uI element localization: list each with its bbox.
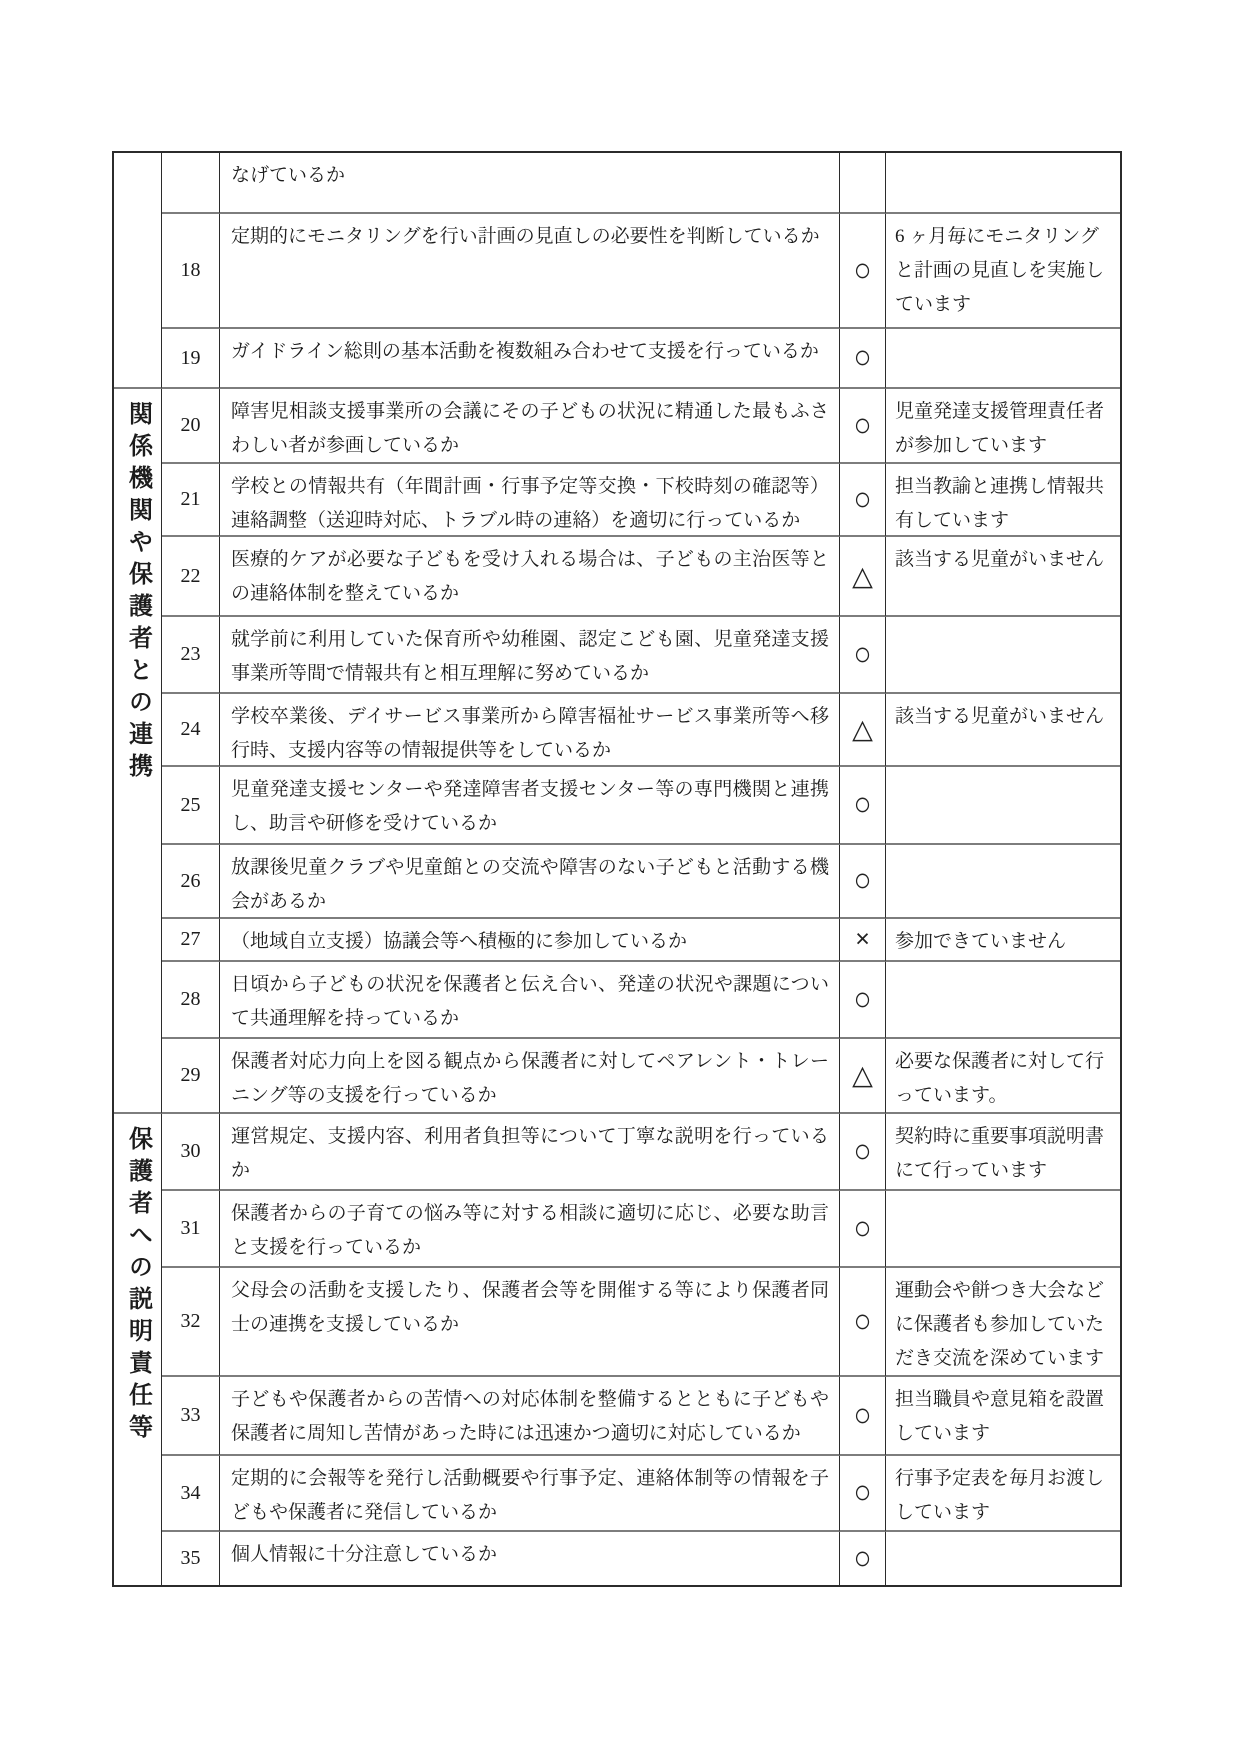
evaluation-mark: ○ [853, 1542, 871, 1576]
evaluation-mark-cell: △ [840, 537, 886, 617]
question-cell: 定期的にモニタリングを行い計画の見直しの必要性を判断しているか [220, 214, 840, 329]
question-cell: 放課後児童クラブや児童館との交流や障害のない子どもと活動する機会があるか [220, 845, 840, 919]
row-number: 24 [162, 694, 220, 767]
question-cell: （地域自立支援）協議会等へ積極的に参加しているか [220, 919, 840, 962]
evaluation-mark: × [855, 927, 870, 952]
comment-cell [886, 617, 1120, 694]
row-number: 29 [162, 1039, 220, 1114]
question-cell: ガイドライン総則の基本活動を複数組み合わせて支援を行っているか [220, 329, 840, 389]
evaluation-mark: ○ [853, 983, 871, 1017]
evaluation-mark-cell: ○ [840, 1114, 886, 1191]
row-number: 23 [162, 617, 220, 694]
category-label: 関係機関や保護者との連携 [126, 401, 150, 785]
comment-cell [886, 153, 1120, 214]
evaluation-mark: ○ [853, 1212, 871, 1246]
row-number: 22 [162, 537, 220, 617]
row-number: 18 [162, 214, 220, 329]
document-page: 関係機関や保護者との連携保護者への説明責任等なげているか18定期的にモニタリング… [0, 0, 1241, 1754]
question-cell: 医療的ケアが必要な子どもを受け入れる場合は、子どもの主治医等との連絡体制を整えて… [220, 537, 840, 617]
evaluation-mark-cell: ○ [840, 962, 886, 1039]
category-cell-0 [114, 153, 162, 389]
comment-cell [886, 1532, 1120, 1585]
row-number: 26 [162, 845, 220, 919]
evaluation-mark: △ [852, 563, 873, 590]
evaluation-mark: ○ [853, 1399, 871, 1433]
evaluation-mark-cell: ○ [840, 1191, 886, 1268]
category-label: 保護者への説明責任等 [126, 1126, 150, 1446]
row-number: 35 [162, 1532, 220, 1585]
evaluation-mark: △ [852, 716, 873, 743]
evaluation-mark-cell: ○ [840, 1456, 886, 1532]
evaluation-mark: △ [852, 1062, 873, 1089]
comment-cell [886, 845, 1120, 919]
comment-cell: 該当する児童がいません [886, 694, 1120, 767]
row-number: 19 [162, 329, 220, 389]
comment-cell: 必要な保護者に対して行っています。 [886, 1039, 1120, 1114]
evaluation-mark-cell: ○ [840, 1377, 886, 1456]
evaluation-mark: ○ [853, 864, 871, 898]
evaluation-mark: ○ [853, 1305, 871, 1339]
row-number: 25 [162, 767, 220, 845]
row-number [162, 153, 220, 214]
evaluation-mark: ○ [853, 1135, 871, 1169]
question-cell: 学校との情報共有（年間計画・行事予定等交換・下校時刻の確認等）連絡調整（送迎時対… [220, 464, 840, 537]
question-cell: 学校卒業後、デイサービス事業所から障害福祉サービス事業所等へ移行時、支援内容等の… [220, 694, 840, 767]
question-cell: 就学前に利用していた保育所や幼稚園、認定こども園、児童発達支援事業所等間で情報共… [220, 617, 840, 694]
comment-cell [886, 329, 1120, 389]
evaluation-mark-cell: ○ [840, 1268, 886, 1377]
row-number: 33 [162, 1377, 220, 1456]
comment-cell [886, 962, 1120, 1039]
evaluation-mark-cell: △ [840, 1039, 886, 1114]
row-number: 32 [162, 1268, 220, 1377]
comment-cell [886, 1191, 1120, 1268]
comment-cell: 担当教諭と連携し情報共有しています [886, 464, 1120, 537]
evaluation-mark-cell [840, 153, 886, 214]
question-cell: 保護者からの子育ての悩み等に対する相談に適切に応じ、必要な助言と支援を行っている… [220, 1191, 840, 1268]
evaluation-mark: ○ [853, 409, 871, 443]
comment-cell: 行事予定表を毎月お渡ししています [886, 1456, 1120, 1532]
category-cell-2: 保護者への説明責任等 [114, 1114, 162, 1585]
evaluation-mark-cell: △ [840, 694, 886, 767]
row-number: 20 [162, 389, 220, 464]
evaluation-mark-cell: ○ [840, 767, 886, 845]
evaluation-mark: ○ [853, 788, 871, 822]
evaluation-mark: ○ [853, 483, 871, 517]
question-cell: 父母会の活動を支援したり、保護者会等を開催する等により保護者同士の連携を支援して… [220, 1268, 840, 1377]
question-cell: 障害児相談支援事業所の会議にその子どもの状況に精通した最もふさわしい者が参画して… [220, 389, 840, 464]
evaluation-mark: ○ [853, 1476, 871, 1510]
row-number: 31 [162, 1191, 220, 1268]
question-cell: 児童発達支援センターや発達障害者支援センター等の専門機関と連携し、助言や研修を受… [220, 767, 840, 845]
row-number: 21 [162, 464, 220, 537]
comment-cell [886, 767, 1120, 845]
evaluation-mark-cell: ○ [840, 1532, 886, 1585]
comment-cell: 担当職員や意見箱を設置しています [886, 1377, 1120, 1456]
comment-cell: 運動会や餅つき大会などに保護者も参加していただき交流を深めています [886, 1268, 1120, 1377]
question-cell: 保護者対応力向上を図る観点から保護者に対してペアレント・トレーニング等の支援を行… [220, 1039, 840, 1114]
comment-cell: 契約時に重要事項説明書にて行っています [886, 1114, 1120, 1191]
evaluation-mark-cell: ○ [840, 617, 886, 694]
evaluation-mark: ○ [853, 254, 871, 288]
evaluation-mark-cell: ○ [840, 214, 886, 329]
row-number: 28 [162, 962, 220, 1039]
evaluation-mark-cell: ○ [840, 845, 886, 919]
self-evaluation-table: 関係機関や保護者との連携保護者への説明責任等なげているか18定期的にモニタリング… [112, 151, 1122, 1587]
question-cell: 子どもや保護者からの苦情への対応体制を整備するとともに子どもや保護者に周知し苦情… [220, 1377, 840, 1456]
evaluation-mark-cell: × [840, 919, 886, 962]
comment-cell: 参加できていません [886, 919, 1120, 962]
row-number: 27 [162, 919, 220, 962]
evaluation-mark-cell: ○ [840, 329, 886, 389]
question-cell: 個人情報に十分注意しているか [220, 1532, 840, 1585]
evaluation-mark-cell: ○ [840, 389, 886, 464]
comment-cell: 該当する児童がいません [886, 537, 1120, 617]
question-cell: 運営規定、支援内容、利用者負担等について丁寧な説明を行っているか [220, 1114, 840, 1191]
comment-cell: 児童発達支援管理責任者が参加しています [886, 389, 1120, 464]
question-cell: 定期的に会報等を発行し活動概要や行事予定、連絡体制等の情報を子どもや保護者に発信… [220, 1456, 840, 1532]
question-cell: 日頃から子どもの状況を保護者と伝え合い、発達の状況や課題について共通理解を持って… [220, 962, 840, 1039]
row-number: 34 [162, 1456, 220, 1532]
comment-cell: 6 ヶ月毎にモニタリングと計画の見直しを実施しています [886, 214, 1120, 329]
evaluation-mark: ○ [853, 638, 871, 672]
row-number: 30 [162, 1114, 220, 1191]
question-cell: なげているか [220, 153, 840, 214]
category-cell-1: 関係機関や保護者との連携 [114, 389, 162, 1114]
evaluation-mark-cell: ○ [840, 464, 886, 537]
evaluation-mark: ○ [853, 341, 871, 375]
